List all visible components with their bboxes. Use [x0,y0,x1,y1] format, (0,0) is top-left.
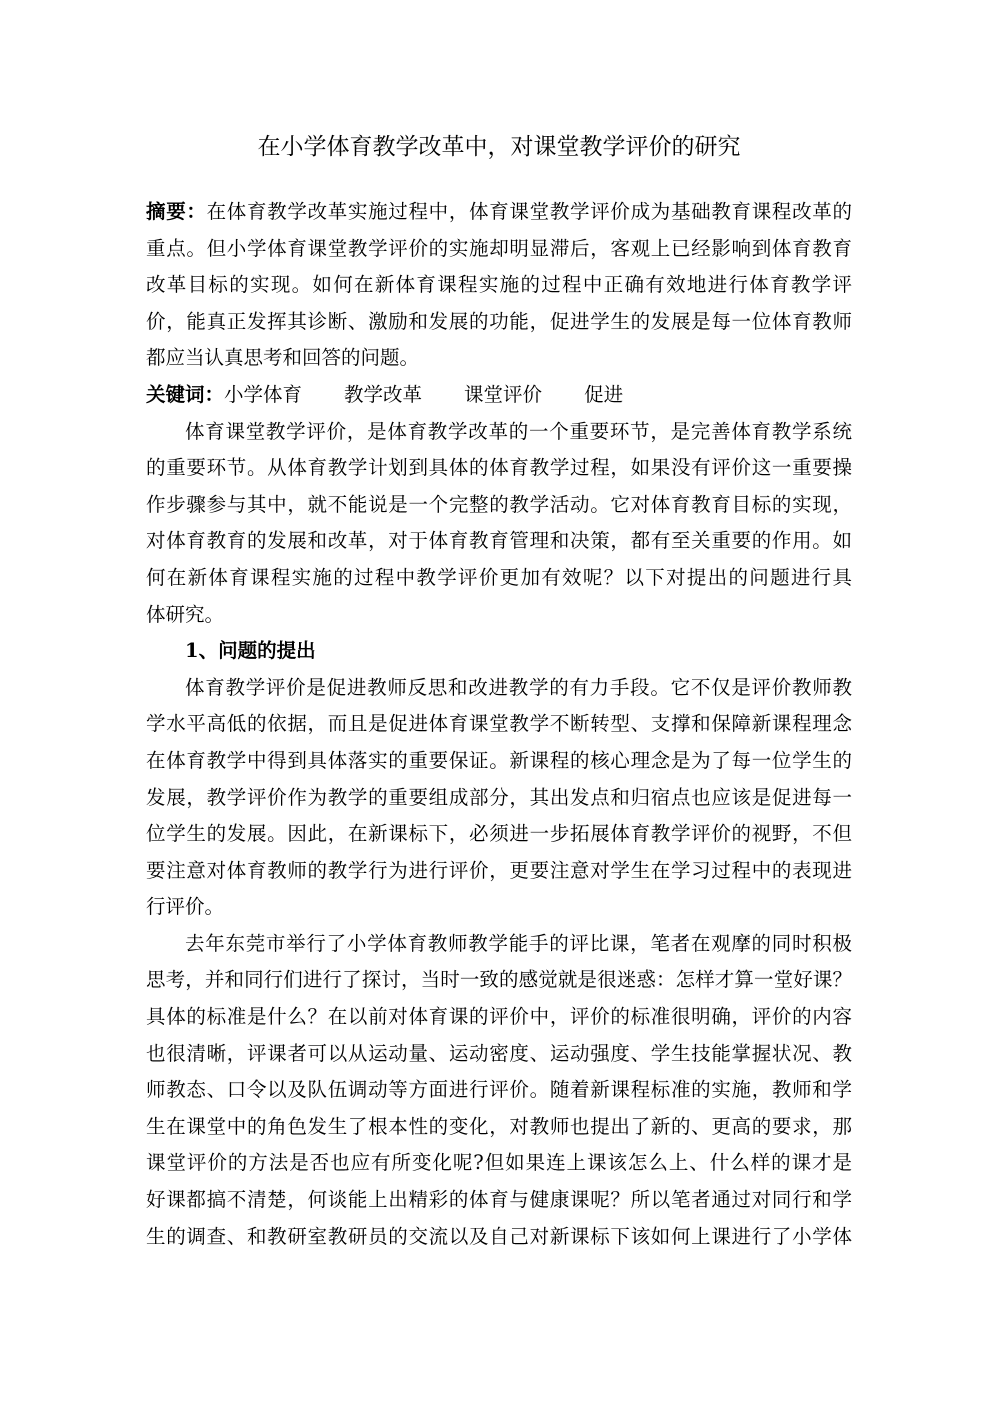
body-line: 思考，并和同行们进行了探讨，当时一致的感觉就是很迷惑：怎样才算一堂好课？ [146,962,852,999]
body-line: 在体育教学中得到具体落实的重要保证。新课程的核心理念是为了每一位学生的 [146,743,852,780]
abstract-line: 改革目标的实现。如何在新体育课程实施的过程中正确有效地进行体育教学评 [146,267,852,304]
document-page: 在小学体育教学改革中，对课堂教学评价的研究 摘要：在体育教学改革实施过程中，体育… [0,0,992,1403]
intro-line: 何在新体育课程实施的过程中教学评价更加有效呢？以下对提出的问题进行具 [146,560,852,597]
keyword-item: 促进 [584,383,623,406]
body-line: 课堂评价的方法是否也应有所变化呢?但如果连上课该怎么上、什么样的课才是 [146,1145,852,1182]
intro-line: 体研究。 [146,597,852,634]
abstract-line: 重点。但小学体育课堂教学评价的实施却明显滞后，客观上已经影响到体育教育 [146,231,852,268]
body-line: 行评价。 [146,889,852,926]
body-line: 体育教学评价是促进教师反思和改进教学的有力手段。它不仅是评价教师教 [146,670,852,707]
intro-line: 的重要环节。从体育教学计划到具体的体育教学过程，如果没有评价这一重要操 [146,450,852,487]
intro-line: 作步骤参与其中，就不能说是一个完整的教学活动。它对体育教育目标的实现， [146,487,852,524]
abstract-line: 都应当认真思考和回答的问题。 [146,340,852,377]
abstract-line: 摘要：在体育教学改革实施过程中，体育课堂教学评价成为基础教育课程改革的 [146,194,852,231]
keyword-item: 小学体育 [224,383,302,406]
section-heading: 1、问题的提出 [146,633,852,670]
body-line: 生在课堂中的角色发生了根本性的变化，对教师也提出了新的、更高的要求，那 [146,1109,852,1146]
keyword-item: 教学改革 [344,383,422,406]
body-line: 位学生的发展。因此，在新课标下，必须进一步拓展体育教学评价的视野，不但 [146,816,852,853]
document-title: 在小学体育教学改革中，对课堂教学评价的研究 [146,132,852,162]
abstract-text: 在体育教学改革实施过程中，体育课堂教学评价成为基础教育课程改革的 [207,200,852,223]
body-line: 具体的标准是什么？在以前对体育课的评价中，评价的标准很明确，评价的内容 [146,999,852,1036]
document-body: 摘要：在体育教学改革实施过程中，体育课堂教学评价成为基础教育课程改革的 重点。但… [146,194,852,1255]
intro-line: 体育课堂教学评价，是体育教学改革的一个重要环节，是完善体育教学系统 [146,414,852,451]
keyword-item: 课堂评价 [464,383,542,406]
body-line: 生的调查、和教研室教研员的交流以及自己对新课标下该如何上课进行了小学体 [146,1219,852,1256]
document-content: 在小学体育教学改革中，对课堂教学评价的研究 摘要：在体育教学改革实施过程中，体育… [146,132,852,1255]
body-line: 发展，教学评价作为教学的重要组成部分，其出发点和归宿点也应该是促进每一 [146,780,852,817]
abstract-line: 价，能真正发挥其诊断、激励和发展的功能，促进学生的发展是每一位体育教师 [146,304,852,341]
abstract-label: 摘要： [146,200,207,223]
body-line: 好课都搞不清楚，何谈能上出精彩的体育与健康课呢？所以笔者通过对同行和学 [146,1182,852,1219]
keywords-line: 关键词：小学体育教学改革课堂评价促进 [146,377,852,414]
body-line: 去年东莞市举行了小学体育教师教学能手的评比课，笔者在观摩的同时积极 [146,926,852,963]
intro-line: 对体育教育的发展和改革，对于体育教育管理和决策，都有至关重要的作用。如 [146,523,852,560]
body-line: 也很清晰，评课者可以从运动量、运动密度、运动强度、学生技能掌握状况、教 [146,1036,852,1073]
keywords-label: 关键词： [146,383,224,406]
body-line: 学水平高低的依据，而且是促进体育课堂教学不断转型、支撑和保障新课程理念 [146,706,852,743]
body-line: 要注意对体育教师的教学行为进行评价，更要注意对学生在学习过程中的表现进 [146,853,852,890]
body-line: 师教态、口令以及队伍调动等方面进行评价。随着新课程标准的实施，教师和学 [146,1072,852,1109]
